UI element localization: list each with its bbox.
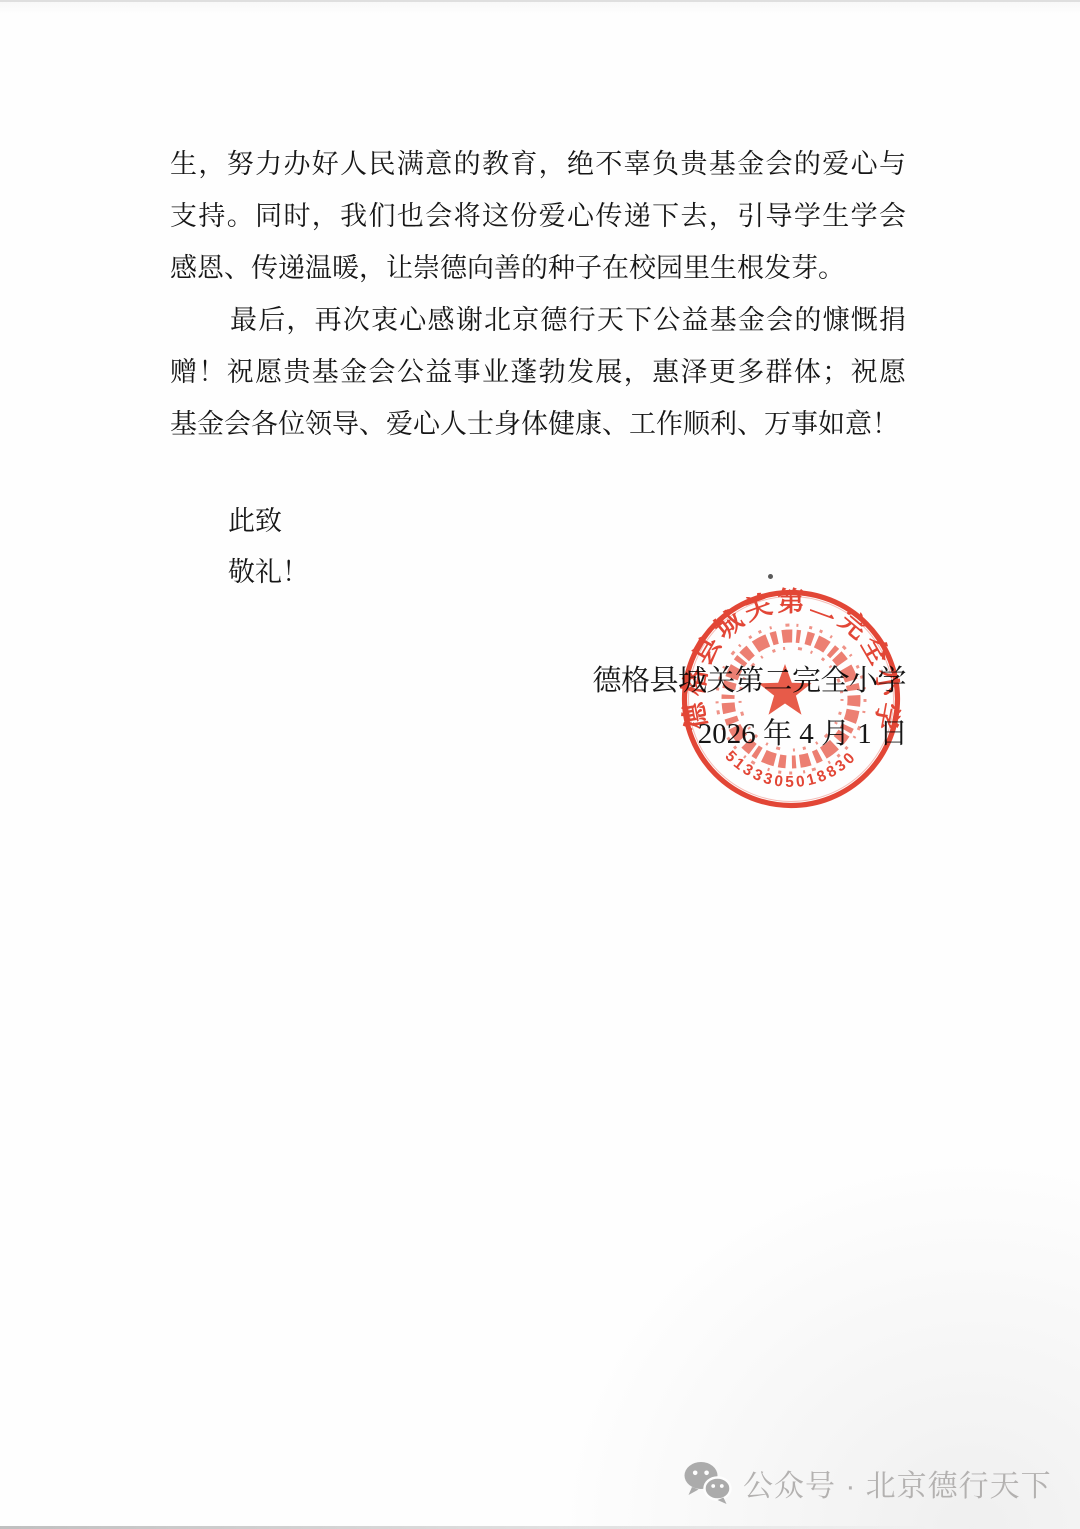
svg-text:德格县城关第二完全小学: 德格县城关第二完全小学 — [678, 587, 904, 732]
body-line: 感恩、传递温暖，让崇德向善的种子在校园里生根发芽。 — [170, 242, 906, 294]
closing-cizhi: 此致 — [228, 505, 282, 537]
svg-text:5133305018830: 5133305018830 — [722, 748, 861, 791]
seal-serial-number: 5133305018830 — [722, 748, 861, 791]
closing-jingli: 敬礼！ — [228, 556, 309, 588]
letter-page: 生，努力办好人民满意的教育，绝不辜负贵基金会的爱心与 支持。同时，我们也会将这份… — [0, 0, 1080, 1529]
body-line: 赠！祝愿贵基金会公益事业蓬勃发展，惠泽更多群体；祝愿 — [170, 346, 906, 398]
seal-star-icon — [758, 664, 811, 715]
body-line: 最后，再次衷心感谢北京德行天下公益基金会的慷慨捐 — [170, 294, 906, 346]
official-seal: 德格县城关第二完全小学 5133305018830 — [661, 569, 921, 829]
seal-ring-text: 德格县城关第二完全小学 — [678, 587, 904, 732]
body-line: 生，努力办好人民满意的教育，绝不辜负贵基金会的爱心与 — [170, 138, 906, 190]
letter-body: 生，努力办好人民满意的教育，绝不辜负贵基金会的爱心与 支持。同时，我们也会将这份… — [170, 138, 906, 450]
body-line: 支持。同时，我们也会将这份爱心传递下去，引导学生学会 — [170, 190, 906, 242]
body-line: 基金会各位领导、爱心人士身体健康、工作顺利、万事如意！ — [170, 398, 906, 450]
footer-watermark: 公众号 · 北京德行天下 — [681, 1458, 1052, 1508]
wechat-icon — [681, 1460, 733, 1506]
page-top-edge — [0, 0, 1080, 2]
footer-watermark-label: 公众号 · 北京德行天下 — [743, 1461, 1052, 1505]
